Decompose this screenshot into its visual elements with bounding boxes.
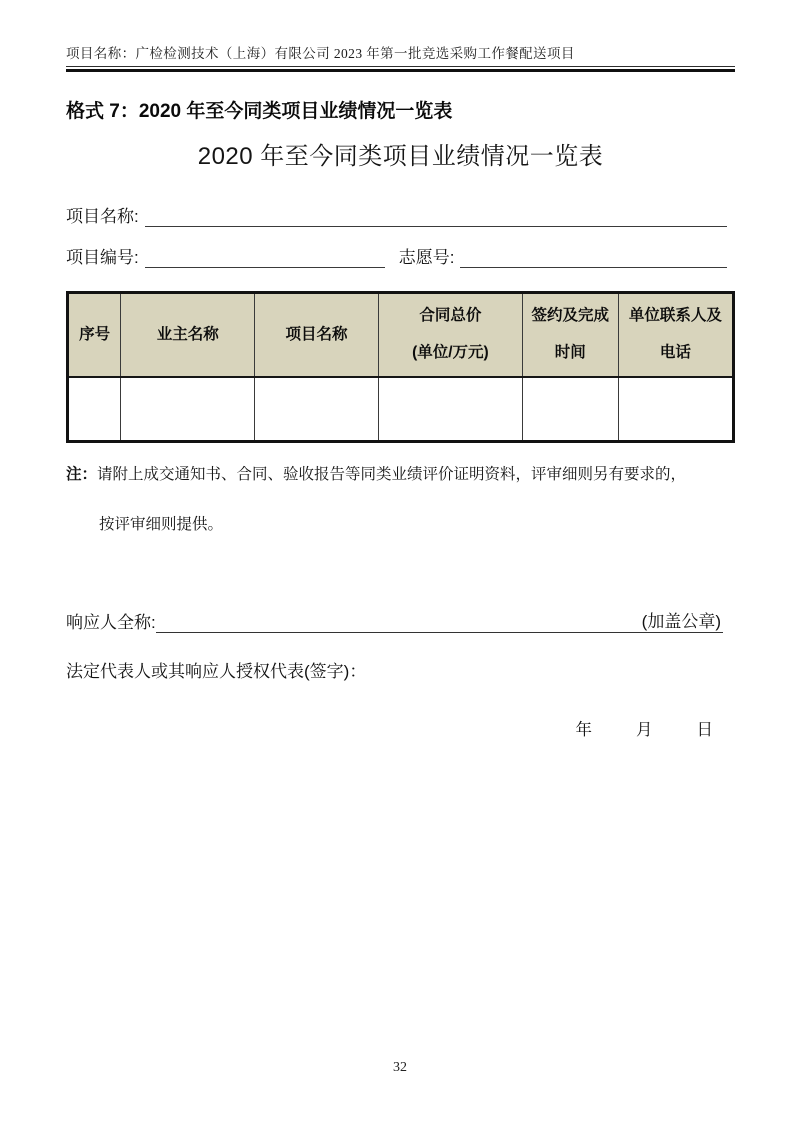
header-label: 电话 <box>621 343 730 363</box>
note-label: 注： <box>66 466 97 483</box>
volunteer-number-blank-line <box>460 245 727 268</box>
header-label: 业主名称 <box>123 325 252 345</box>
note-line-1: 注：请附上成交通知书、合同、验收报告等同类业绩评价证明资料，评审细则另有要求的， <box>66 464 735 486</box>
respondent-label: 响应人全称: <box>66 608 156 633</box>
header-label: 序号 <box>71 325 118 345</box>
header-label: 项目名称 <box>257 325 376 345</box>
page-header: 项目名称：广检检测技术（上海）有限公司 2023 年第一批竞选采购工作餐配送项目 <box>66 42 735 72</box>
header-project-name: 项目名称：广检检测技术（上海）有限公司 2023 年第一批竞选采购工作餐配送项目 <box>66 42 735 66</box>
project-number-row: 项目编号: 志愿号: <box>66 243 735 268</box>
table-cell-empty <box>255 377 379 442</box>
performance-table-body <box>68 377 734 442</box>
header-rule-thick <box>66 69 735 72</box>
header-label: 时间 <box>525 343 616 363</box>
header-rule-thin <box>66 66 735 67</box>
performance-table: 序号 业主名称 项目名称 合同总价 (单位/万元) 签约及完成 时间 单位联系人 <box>66 291 735 443</box>
table-cell-empty <box>618 377 733 442</box>
header-cell-project: 项目名称 <box>255 293 379 377</box>
table-cell-empty <box>68 377 121 442</box>
project-name-label: 项目名称: <box>66 202 145 227</box>
table-cell-empty <box>522 377 618 442</box>
date-day-label: 日 <box>697 716 714 740</box>
seal-label: (加盖公章) <box>642 612 721 631</box>
table-header-row: 序号 业主名称 项目名称 合同总价 (单位/万元) 签约及完成 时间 单位联系人 <box>68 293 734 377</box>
header-label: (单位/万元) <box>381 343 520 363</box>
project-name-blank-line <box>145 204 727 227</box>
project-name-row: 项目名称: <box>66 202 735 227</box>
project-number-label: 项目编号: <box>66 243 145 268</box>
table-row <box>68 377 734 442</box>
header-cell-contact-phone: 单位联系人及 电话 <box>618 293 733 377</box>
page-number: 32 <box>0 1060 800 1076</box>
table-cell-empty <box>379 377 523 442</box>
header-cell-serial: 序号 <box>68 293 121 377</box>
header-cell-sign-complete-time: 签约及完成 时间 <box>522 293 618 377</box>
date-month-label: 月 <box>636 716 653 740</box>
volunteer-number-label: 志愿号: <box>399 243 461 268</box>
note-block: 注：请附上成交通知书、合同、验收报告等同类业绩评价证明资料，评审细则另有要求的，… <box>66 464 735 536</box>
date-year-label: 年 <box>576 716 593 740</box>
representative-signature-label: 法定代表人或其响应人授权代表(签字)： <box>66 657 735 682</box>
header-cell-owner: 业主名称 <box>121 293 255 377</box>
table-cell-empty <box>121 377 255 442</box>
document-title: 2020 年至今同类项目业绩情况一览表 <box>66 136 735 171</box>
note-text: 请附上成交通知书、合同、验收报告等同类业绩评价证明资料，评审细则另有要求的， <box>97 466 686 483</box>
respondent-row: 响应人全称: (加盖公章) <box>66 606 735 633</box>
format-heading: 格式 7：2020 年至今同类项目业绩情况一览表 <box>66 96 735 123</box>
performance-table-head: 序号 业主名称 项目名称 合同总价 (单位/万元) 签约及完成 时间 单位联系人 <box>68 293 734 377</box>
note-line-2: 按评审细则提供。 <box>66 514 735 536</box>
document-page: 项目名称：广检检测技术（上海）有限公司 2023 年第一批竞选采购工作餐配送项目… <box>0 0 800 740</box>
header-cell-contract-price: 合同总价 (单位/万元) <box>379 293 523 377</box>
header-label: 签约及完成 <box>525 306 616 326</box>
header-label: 单位联系人及 <box>621 306 730 326</box>
respondent-blank-line: (加盖公章) <box>156 607 723 633</box>
date-row: 年 月 日 <box>66 716 735 740</box>
header-label: 合同总价 <box>381 306 520 326</box>
project-number-blank-line <box>145 245 385 268</box>
